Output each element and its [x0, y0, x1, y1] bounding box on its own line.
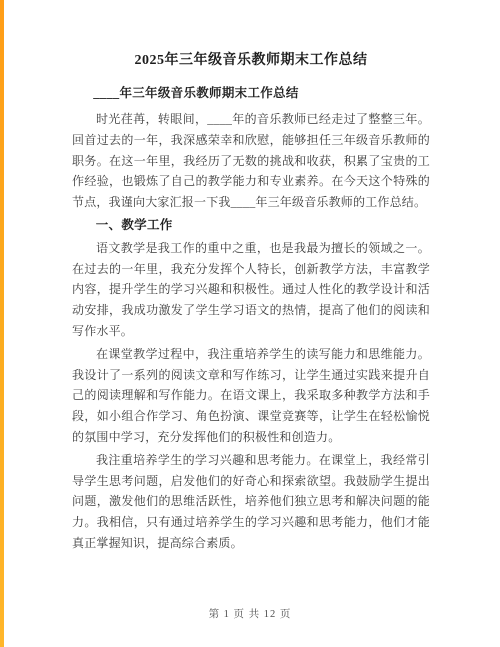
teaching-paragraph-2: 在课堂教学过程中，我注重培养学生的读写能力和思维能力。我设计了一系列的阅读文章和… — [72, 344, 430, 448]
document-subtitle: ____年三年级音乐教师期末工作总结 — [72, 83, 430, 103]
document-title: 2025年三年级音乐教师期末工作总结 — [72, 50, 430, 72]
document-page: 2025年三年级音乐教师期末工作总结 ____年三年级音乐教师期末工作总结 时光… — [0, 0, 500, 647]
teaching-paragraph-1: 语文教学是我工作的重中之重，也是我最为擅长的领域之一。在过去的一年里，我充分发挥… — [72, 238, 430, 342]
teaching-paragraph-3: 我注重培养学生的学习兴趣和思考能力。在课堂上，我经常引导学生思考问题，启发他们的… — [72, 450, 430, 554]
page-edge-accent-strip — [0, 0, 4, 647]
section-heading-teaching-work: 一、教学工作 — [72, 215, 430, 236]
intro-paragraph: 时光荏苒，转眼间，____年的音乐教师已经走过了整整三年。回首过去的一年，我深感… — [72, 109, 430, 213]
document-content: 2025年三年级音乐教师期末工作总结 ____年三年级音乐教师期末工作总结 时光… — [72, 50, 430, 556]
footer-page-number: 第 1 页 共 12 页 — [0, 606, 500, 621]
